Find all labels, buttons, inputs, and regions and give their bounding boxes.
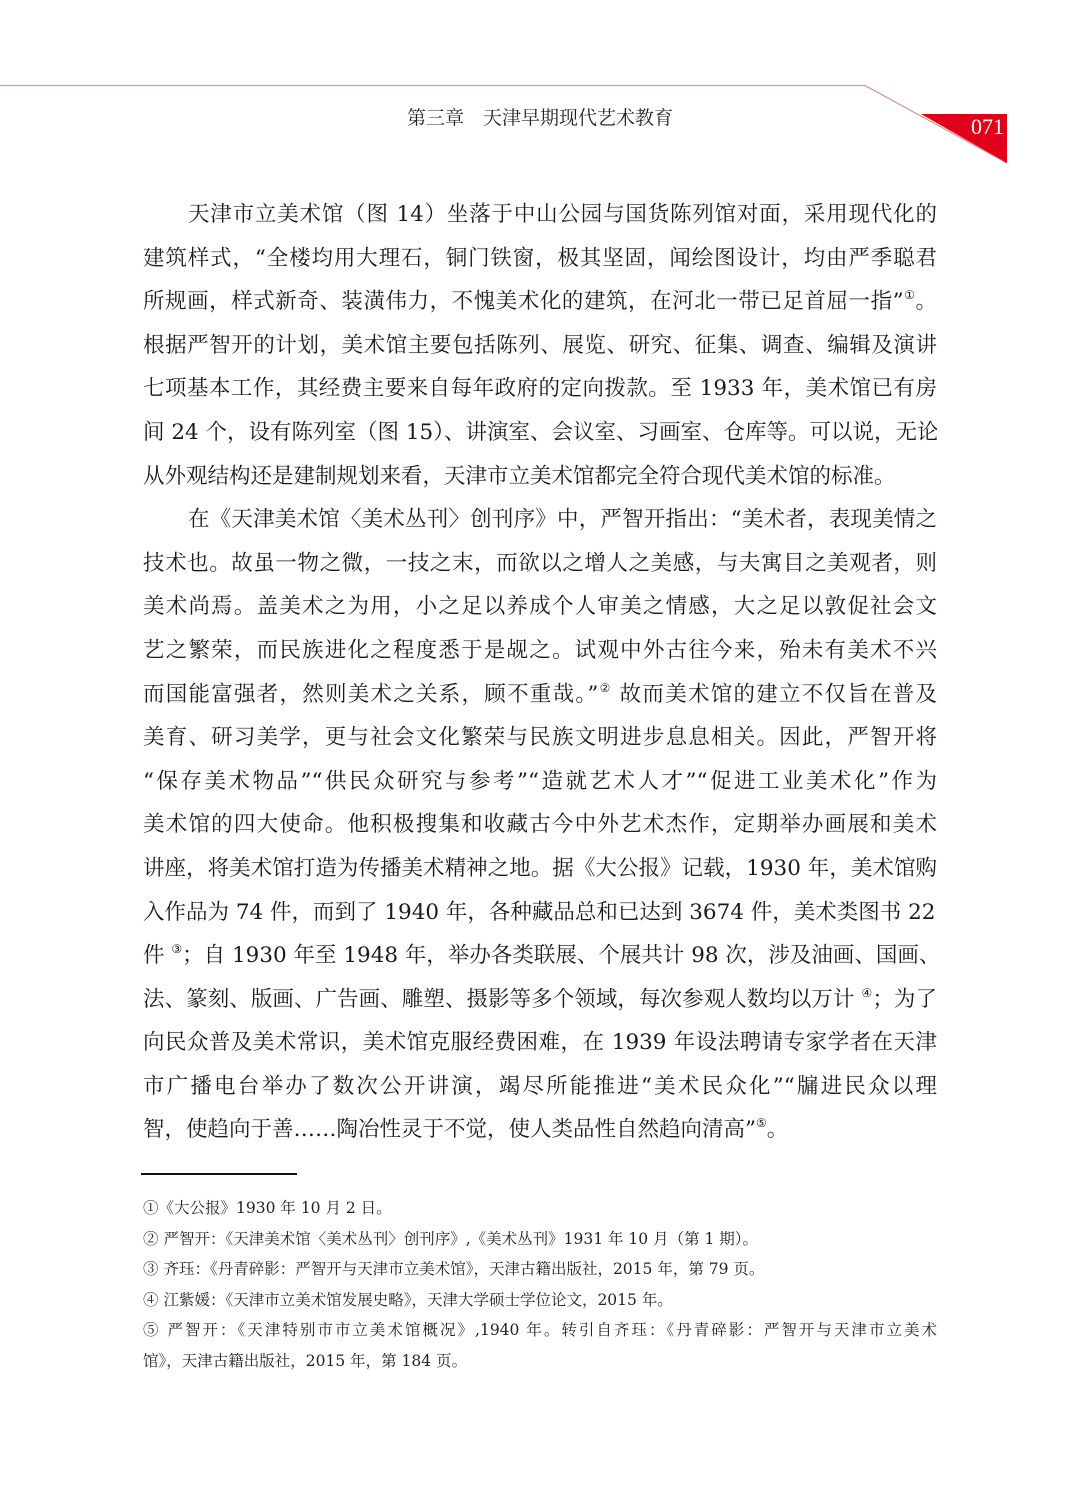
text-line: 美育、研习美学，更与社会文化繁荣与民族文明进步息息相关。因此，严智开将 bbox=[143, 716, 937, 760]
footnote-marker: ④ bbox=[143, 1291, 159, 1309]
footnote-text: 严智开：《天津特别市市立美术馆概况》,1940 年。转引自齐珏：《丹青碎影：严智… bbox=[161, 1321, 937, 1339]
text-line: 法、篆刻、版画、广告画、雕塑、摄影等多个领域，每次参观人数均以万计 ④；为了 bbox=[143, 978, 937, 1022]
footnote-marker: ① bbox=[143, 1199, 159, 1217]
footnote-marker: ③ bbox=[143, 1260, 159, 1278]
footnotes: ①《大公报》1930 年 10 月 2 日。 ② 严智开：《天津美术馆〈美术丛刊… bbox=[143, 1193, 937, 1377]
footnote-ref-2[interactable]: ② bbox=[598, 681, 611, 695]
footnote-5: ⑤ 严智开：《天津特别市市立美术馆概况》,1940 年。转引自齐珏：《丹青碎影：… bbox=[143, 1315, 937, 1346]
text-line: 建筑样式，“全楼均用大理石，铜门铁窗，极其坚固，闻绘图设计，均由严季聪君 bbox=[143, 237, 937, 281]
text-span: 。 bbox=[915, 289, 937, 314]
footnote-text: 严智开：《天津美术馆〈美术丛刊〉创刊序》,《美术丛刊》1931 年 10 月（第… bbox=[159, 1230, 759, 1248]
text-span: 所规画，样式新奇、装潢伟力，不愧美术化的建筑，在河北一带已足首屈一指” bbox=[143, 289, 904, 314]
footnote-1: ①《大公报》1930 年 10 月 2 日。 bbox=[143, 1193, 937, 1224]
text-line: 艺之繁荣，而民族进化之程度悉于是觇之。试观中外古往今来，殆未有美术不兴 bbox=[143, 629, 937, 673]
footnote-4: ④ 江紫媛：《天津市立美术馆发展史略》，天津大学硕士学位论文，2015 年。 bbox=[143, 1285, 937, 1316]
text-line: 天津市立美术馆（图 14）坐落于中山公园与国货陈列馆对面，采用现代化的 bbox=[143, 193, 937, 237]
header-decoration bbox=[0, 0, 1080, 180]
text-line: 间 24 个，设有陈列室（图 15）、讲演室、会议室、习画室、仓库等。可以说，无… bbox=[143, 411, 937, 455]
text-line: 入作品为 74 件，而到了 1940 年，各种藏品总和已达到 3674 件，美术… bbox=[143, 891, 937, 935]
text-line: 件 ③；自 1930 年至 1948 年，举办各类联展、个展共计 98 次，涉及… bbox=[143, 934, 937, 978]
text-span: 件 bbox=[143, 943, 165, 968]
footnote-ref-5[interactable]: ⑤ bbox=[756, 1116, 767, 1130]
footnote-5-continuation: 馆》，天津古籍出版社，2015 年，第 184 页。 bbox=[143, 1346, 937, 1377]
footnote-ref-3[interactable]: ③ bbox=[171, 942, 182, 956]
text-span: 智，使趋向于善……陶冶性灵于不觉，使人类品性自然趋向清高” bbox=[143, 1117, 756, 1142]
footnote-text: 江紫媛：《天津市立美术馆发展史略》，天津大学硕士学位论文，2015 年。 bbox=[159, 1291, 673, 1309]
text-line: 美术尚焉。盖美术之为用，小之足以养成个人审美之情感，大之足以敦促社会文 bbox=[143, 585, 937, 629]
text-line: 根据严智开的计划，美术馆主要包括陈列、展览、研究、征集、调查、编辑及演讲 bbox=[143, 324, 937, 368]
text-span: 而国能富强者，然则美术之关系，顾不重哉。” bbox=[143, 682, 598, 707]
text-span: 法、篆刻、版画、广告画、雕塑、摄影等多个领域，每次参观人数均以万计 bbox=[143, 987, 855, 1012]
text-line: 智，使趋向于善……陶冶性灵于不觉，使人类品性自然趋向清高”⑤。 bbox=[143, 1108, 937, 1152]
footnote-text: 《大公报》1930 年 10 月 2 日。 bbox=[159, 1199, 392, 1217]
footnote-ref-1[interactable]: ① bbox=[904, 288, 916, 302]
text-line: 七项基本工作，其经费主要来自每年政府的定向拨款。至 1933 年，美术馆已有房 bbox=[143, 367, 937, 411]
text-span: 。 bbox=[767, 1117, 789, 1142]
text-line: “保存美术物品”“供民众研究与参考”“造就艺术人才”“促进工业美术化”作为 bbox=[143, 760, 937, 804]
text-line: 所规画，样式新奇、装潢伟力，不愧美术化的建筑，在河北一带已足首屈一指”①。 bbox=[143, 280, 937, 324]
text-line: 讲座，将美术馆打造为传播美术精神之地。据《大公报》记载，1930 年，美术馆购 bbox=[143, 847, 937, 891]
text-span: ；自 1930 年至 1948 年，举办各类联展、个展共计 98 次，涉及油画、… bbox=[182, 943, 937, 968]
footnote-marker: ② bbox=[143, 1230, 159, 1248]
page-number: 071 bbox=[958, 114, 1004, 140]
running-title: 第三章 天津早期现代艺术教育 bbox=[300, 103, 780, 130]
text-line: 向民众普及美术常识，美术馆克服经费困难，在 1939 年设法聘请专家学者在天津 bbox=[143, 1021, 937, 1065]
text-line: 市广播电台举办了数次公开讲演，竭尽所能推进“美术民众化”“牖进民众以理 bbox=[143, 1065, 937, 1109]
text-span: 故而美术馆的建立不仅旨在普及 bbox=[612, 682, 937, 707]
footnote-separator bbox=[141, 1173, 297, 1175]
footnote-3: ③ 齐珏：《丹青碎影：严智开与天津市立美术馆》，天津古籍出版社，2015 年，第… bbox=[143, 1254, 937, 1285]
footnote-text: 齐珏：《丹青碎影：严智开与天津市立美术馆》，天津古籍出版社，2015 年，第 7… bbox=[159, 1260, 765, 1278]
footnote-marker: ⑤ bbox=[143, 1321, 161, 1339]
text-line: 技术也。故虽一物之微，一技之末，而欲以之增人之美感，与夫寓目之美观者，则 bbox=[143, 542, 937, 586]
text-line: 美术馆的四大使命。他积极搜集和收藏古今中外艺术杰作，定期举办画展和美术 bbox=[143, 803, 937, 847]
text-line: 在《天津美术馆〈美术丛刊〉创刊序》中，严智开指出：“美术者，表现美情之 bbox=[143, 498, 937, 542]
text-span: ；为了 bbox=[872, 987, 937, 1012]
body-text: 天津市立美术馆（图 14）坐落于中山公园与国货陈列馆对面，采用现代化的 建筑样式… bbox=[143, 193, 937, 1152]
text-line: 从外观结构还是建制规划来看，天津市立美术馆都完全符合现代美术馆的标准。 bbox=[143, 455, 937, 499]
text-line: 而国能富强者，然则美术之关系，顾不重哉。”② 故而美术馆的建立不仅旨在普及 bbox=[143, 673, 937, 717]
footnote-2: ② 严智开：《天津美术馆〈美术丛刊〉创刊序》,《美术丛刊》1931 年 10 月… bbox=[143, 1224, 937, 1255]
footnote-ref-4[interactable]: ④ bbox=[862, 986, 873, 1000]
